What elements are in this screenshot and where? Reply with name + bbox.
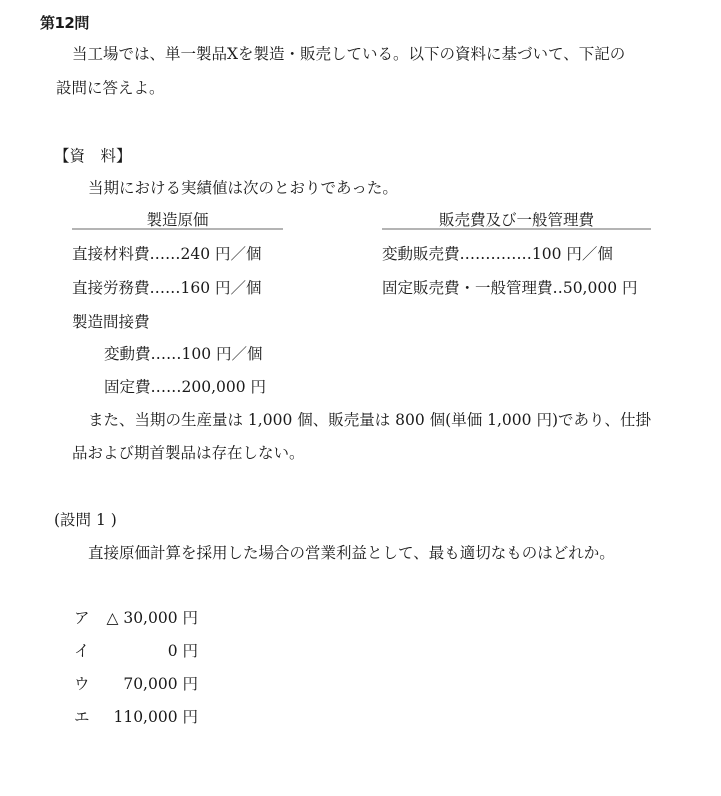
materials-heading: 【資 料】 bbox=[54, 146, 132, 166]
option-value: △ 30,000 円 bbox=[104, 608, 198, 628]
overhead-header: 製造間接費 bbox=[72, 312, 150, 332]
option-letter: エ bbox=[74, 707, 104, 727]
intro-text-line2: 設問に答えよ。 bbox=[56, 78, 165, 98]
option-letter: ウ bbox=[74, 674, 104, 694]
sga-header: 販売費及び一般管理費 bbox=[382, 210, 651, 230]
answer-option-i[interactable]: イ0 円 bbox=[74, 641, 198, 661]
answer-option-a[interactable]: ア△ 30,000 円 bbox=[74, 608, 198, 628]
direct-labor-cost: 直接労務費‥‥‥160 円／個 bbox=[72, 278, 262, 298]
overhead-variable: 変動費‥‥‥100 円／個 bbox=[104, 344, 263, 364]
direct-material-cost: 直接材料費‥‥‥240 円／個 bbox=[72, 244, 262, 264]
note-line2: 品および期首製品は存在しない。 bbox=[72, 443, 305, 463]
option-value: 110,000 円 bbox=[104, 707, 198, 727]
overhead-fixed: 固定費‥‥‥200,000 円 bbox=[104, 377, 266, 397]
manufacturing-cost-divider bbox=[72, 228, 283, 230]
option-value: 0 円 bbox=[104, 641, 198, 661]
option-letter: ア bbox=[74, 608, 104, 628]
answer-option-u[interactable]: ウ70,000 円 bbox=[74, 674, 198, 694]
fixed-selling-admin-cost: 固定販売費・一般管理費‥50,000 円 bbox=[382, 278, 638, 298]
option-letter: イ bbox=[74, 641, 104, 661]
variable-selling-cost: 変動販売費‥‥‥‥‥‥‥100 円／個 bbox=[382, 244, 613, 264]
question-title: 第12問 bbox=[40, 12, 89, 33]
option-value: 70,000 円 bbox=[104, 674, 198, 694]
manufacturing-cost-header: 製造原価 bbox=[72, 210, 283, 230]
intro-text-line1: 当工場では、単一製品Xを製造・販売している。以下の資料に基づいて、下記の bbox=[72, 44, 625, 64]
subquestion-text: 直接原価計算を採用した場合の営業利益として、最も適切なものはどれか。 bbox=[88, 543, 615, 563]
subquestion-label: (設問 1 ) bbox=[54, 510, 117, 530]
answer-option-e[interactable]: エ110,000 円 bbox=[74, 707, 198, 727]
note-line1: また、当期の生産量は 1,000 個、販売量は 800 個(単価 1,000 円… bbox=[88, 410, 651, 430]
sga-divider bbox=[382, 228, 651, 230]
materials-lead: 当期における実績値は次のとおりであった。 bbox=[88, 178, 398, 198]
